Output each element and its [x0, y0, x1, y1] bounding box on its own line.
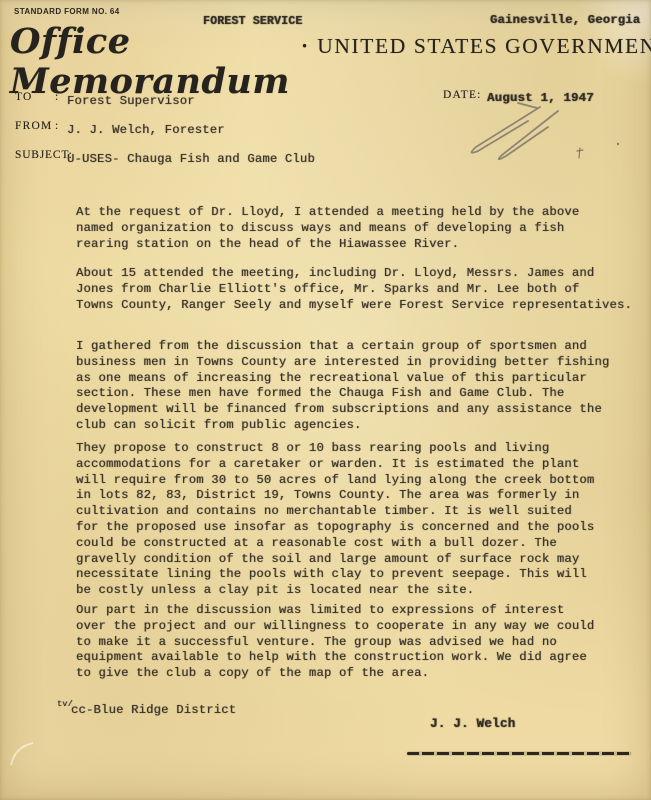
body-paragraph-4: They propose to construct 8 or 10 bass r… — [76, 441, 651, 599]
pencil-initials-scribble — [440, 95, 580, 175]
cc-line: cc-Blue Ridge District — [71, 703, 236, 717]
memo-title: Office Memorandum — [10, 22, 290, 102]
form-number: STANDARD FORM NO. 64 — [14, 7, 120, 16]
body-paragraph-1: At the request of Dr. Lloyd, I attended … — [76, 205, 651, 252]
pencil-tick-mark — [574, 146, 588, 162]
memo-subtitle: UNITED STATES GOVERNMENT — [317, 34, 651, 59]
field-subject-label: SUBJECT: — [15, 149, 73, 161]
signature-name: J. J. Welch — [430, 717, 515, 731]
title-separator-dot: · — [301, 33, 308, 59]
memo-page: STANDARD FORM NO. 64 FOREST SERVICE Gain… — [0, 0, 651, 800]
body-paragraph-2: About 15 attended the meeting, including… — [76, 266, 651, 313]
pencil-dot-mark — [614, 140, 622, 148]
field-from-value: J. J. Welch, Forester — [67, 123, 225, 137]
field-to-value: Forest Supervisor — [67, 94, 195, 108]
masthead: Office Memorandum · UNITED STATES GOVERN… — [10, 22, 645, 102]
field-from-label: FROM — [15, 120, 52, 132]
field-to-label: TO — [15, 91, 33, 103]
body-paragraph-5: Our part in the discussion was limited t… — [76, 603, 651, 682]
field-to-colon: : — [55, 91, 59, 103]
body-paragraph-3: I gathered from the discussion that a ce… — [76, 339, 651, 434]
field-from-colon: : — [55, 120, 59, 132]
paper-crease-mark — [5, 735, 55, 785]
signature-rule — [407, 752, 631, 755]
field-subject-value: U-USES- Chauga Fish and Game Club — [67, 152, 315, 166]
